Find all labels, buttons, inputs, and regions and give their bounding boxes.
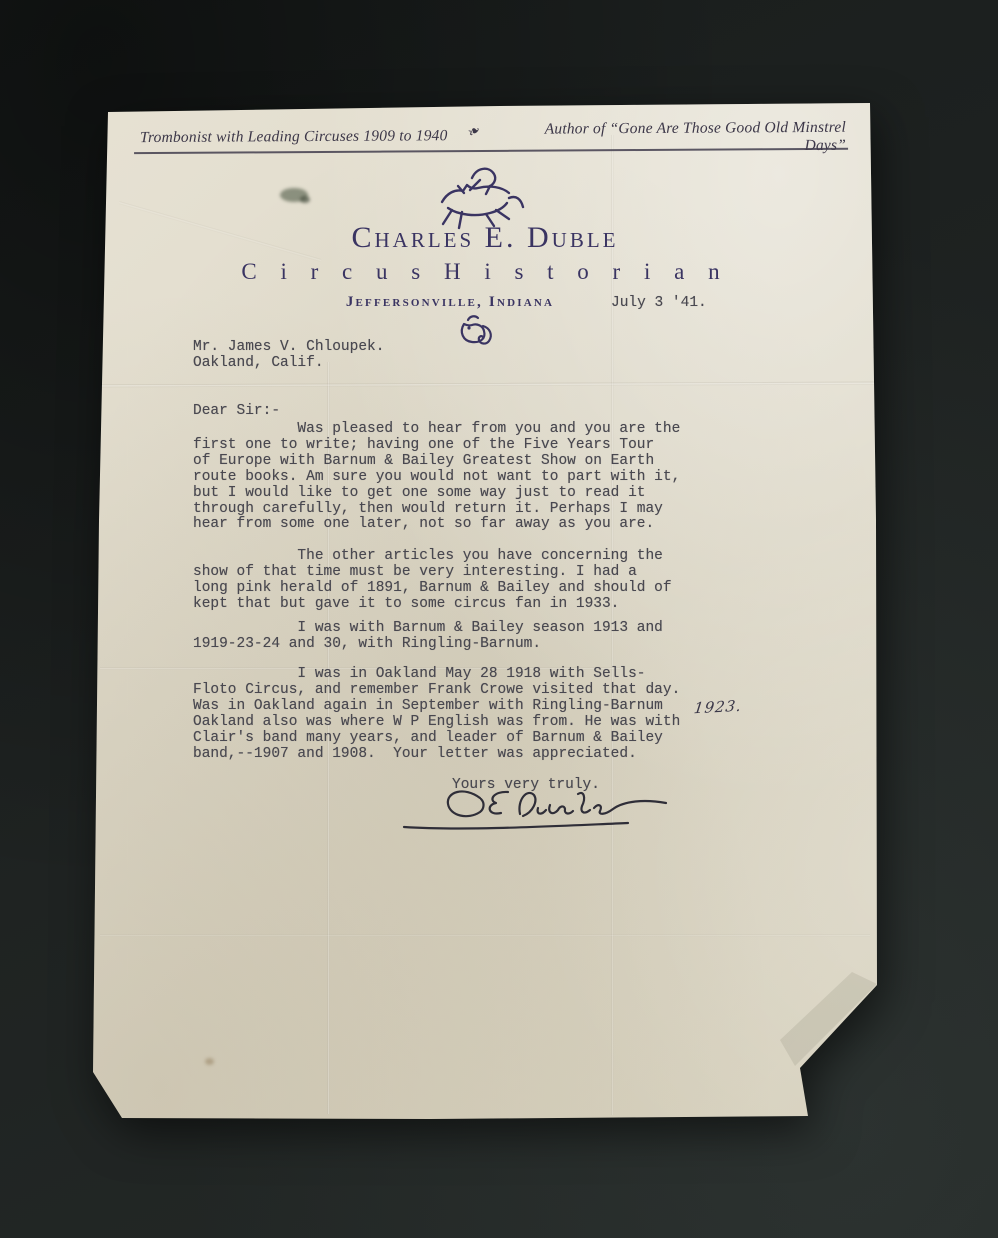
body-paragraph-4: I was in Oakland May 28 1918 with Sells-… bbox=[193, 667, 680, 762]
fold-crease-horizontal-lower bbox=[100, 934, 870, 937]
elephant-ornament-icon bbox=[456, 306, 512, 354]
letter-paper: Trombonist with Leading Circuses 1909 to… bbox=[0, 0, 998, 1238]
tagline-left: Trombonist with Leading Circuses 1909 to… bbox=[140, 127, 448, 147]
handwritten-year: 1923. bbox=[693, 697, 743, 718]
letter-date: July 3 '41. bbox=[611, 296, 707, 312]
letterhead-header: Trombonist with Leading Circuses 1909 to… bbox=[0, 0, 997, 3]
letterhead-name: Charles E. Duble bbox=[95, 221, 875, 255]
paper-stain bbox=[205, 1058, 214, 1065]
salutation: Dear Sir:- bbox=[193, 404, 280, 420]
ink-smudge-small bbox=[300, 196, 310, 203]
header-ornament-icon: ❧ bbox=[464, 120, 484, 143]
fold-crease-horizontal-upper bbox=[100, 382, 875, 388]
signature bbox=[396, 782, 676, 840]
letter-paper-wrap: Trombonist with Leading Circuses 1909 to… bbox=[0, 0, 998, 1238]
signature-underline bbox=[404, 823, 628, 828]
photo-background: Trombonist with Leading Circuses 1909 to… bbox=[0, 0, 998, 1238]
letterhead-location: Jeffersonville, Indiana bbox=[60, 294, 840, 311]
body-paragraph-1: Was pleased to hear from you and you are… bbox=[193, 422, 680, 533]
recipient-address: Mr. James V. Chloupek. Oakland, Calif. bbox=[193, 340, 384, 372]
body-paragraph-3: I was with Barnum & Bailey season 1913 a… bbox=[193, 621, 663, 653]
letterhead-title: C i r c u s H i s t o r i a n bbox=[95, 259, 875, 285]
body-paragraph-2: The other articles you have concerning t… bbox=[193, 549, 672, 613]
